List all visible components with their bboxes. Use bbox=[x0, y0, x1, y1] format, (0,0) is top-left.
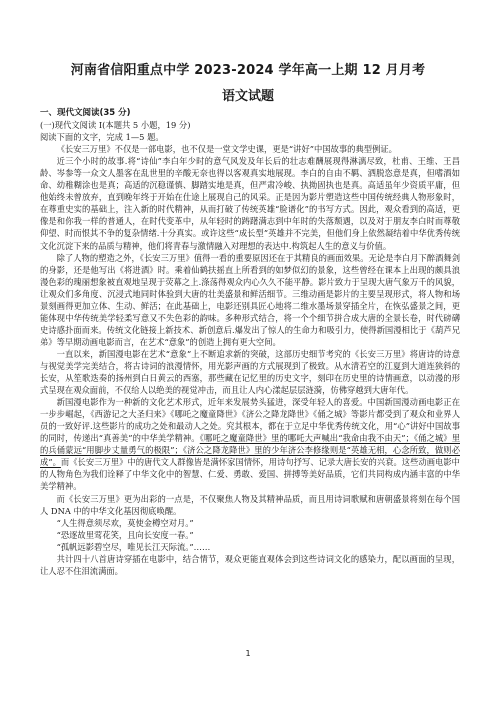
passage-paragraph-3: 除了人物的塑造之外，《长安三万里》值得一看的重要原因还在于其精良的画面效果。无论… bbox=[40, 252, 460, 348]
exam-page: 河南省信阳重点中学 2023-2024 学年高一上期 12 月月考 语文试题 一… bbox=[0, 0, 496, 702]
passage-paragraph-6: 而《长安三万里》更为出彩的一点是，不仅聚焦人物及其精神品质，而且用诗词歌赋和唐朝… bbox=[40, 493, 460, 517]
section-subheading: (一)现代文阅读 I(本题共 5 小题，19 分) bbox=[40, 119, 460, 131]
poem-line-2: “恐逐故里莺花笑，且向长安度一春。” bbox=[40, 529, 460, 541]
passage-paragraph-2: 近三个小时的故事.将“诗仙”李白年少时的意气风发及年长后的壮志难酬展现得淋漓尽致… bbox=[40, 155, 460, 251]
page-number: 1 bbox=[0, 649, 496, 658]
exam-subtitle: 语文试题 bbox=[0, 85, 496, 104]
section-heading: 一、现代文阅读(35 分) bbox=[40, 107, 460, 119]
exam-title: 河南省信阳重点中学 2023-2024 学年高一上期 12 月月考 bbox=[0, 59, 496, 78]
poem-line-1: “人生得意须尽欢，莫使金樽空对月。” bbox=[40, 517, 460, 529]
passage-paragraph-4: 一直以来，新国漫电影在艺术“意象”上不断追求新的突破，这部历史细节考究的《长安三… bbox=[40, 348, 460, 396]
exam-body: 一、现代文阅读(35 分) (一)现代文阅读 I(本题共 5 小题，19 分) … bbox=[40, 107, 460, 577]
reading-instruction: 阅读下面的文字，完成 1—5 题。 bbox=[40, 131, 460, 143]
passage-paragraph-1: 《长安三万里》不仅是一部电影，也不仅是一堂文学史课，更是“讲好”中国故事的典型例… bbox=[40, 143, 460, 155]
poem-line-3: “孤帆远影碧空尽，唯见长江天际流。”…… bbox=[40, 541, 460, 553]
passage-paragraph-5: 新国漫电影作为一种新的文化艺术形式，近年来发展势头猛进，深受年轻人的喜爱。中国新… bbox=[40, 396, 460, 492]
paragraph-5-text-end: 而《长安三万里》中的唐代文人群像皆是满怀家国情怀，用诗句抒写、记录大唐长安的兴衰… bbox=[40, 457, 460, 491]
passage-paragraph-7: 共计四十八首唐诗穿插在电影中，结合情节，观众更能直观体会到这些诗词文化的感染力，… bbox=[40, 553, 460, 577]
